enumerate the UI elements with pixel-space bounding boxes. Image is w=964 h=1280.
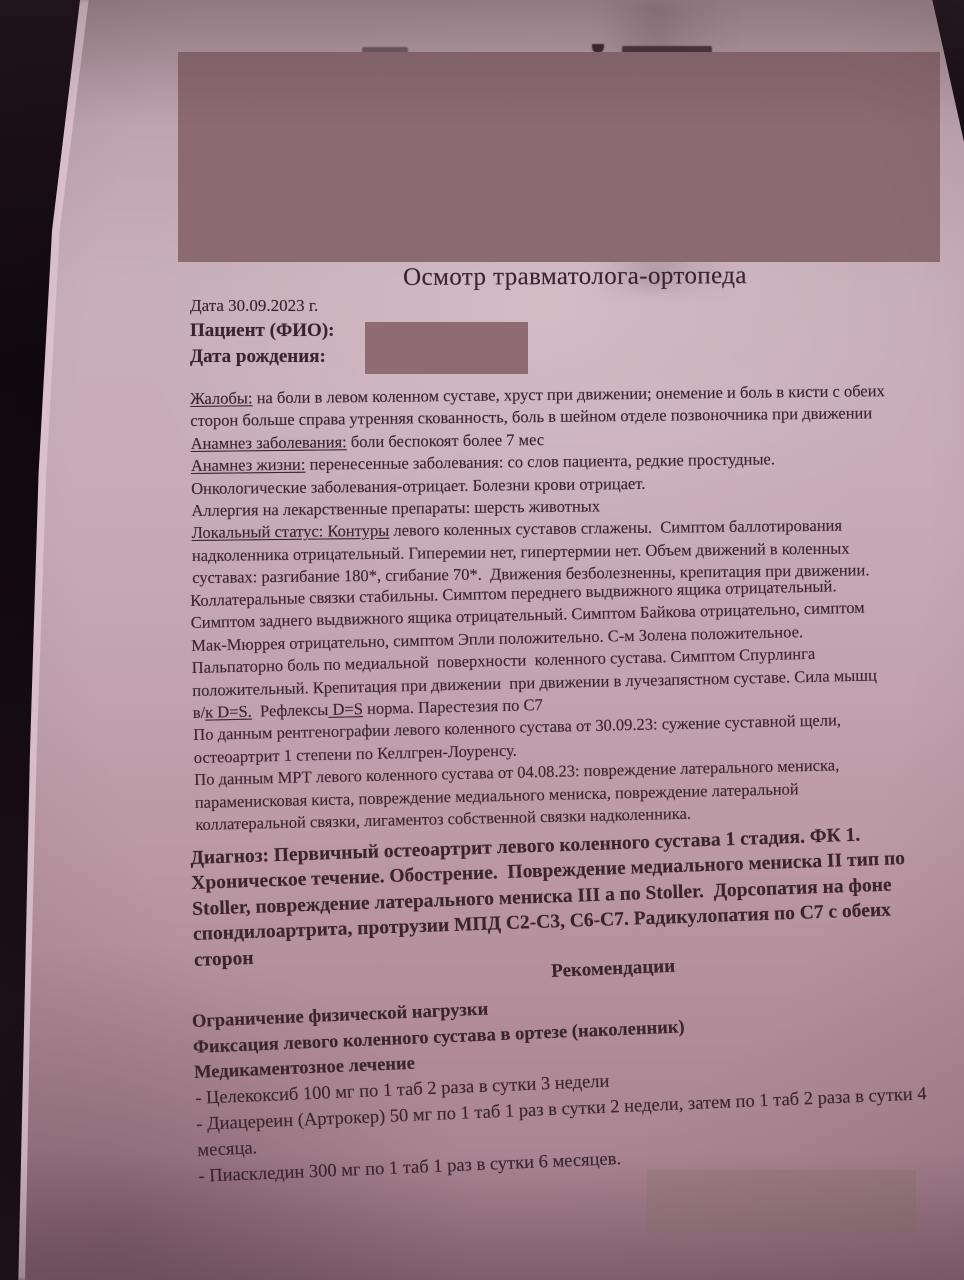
body-text-lower: Коллатеральные связки стабильны. Симптом… <box>190 573 964 837</box>
exam-date-line: Дата 30.09.2023 г. <box>190 296 960 316</box>
redaction-block-patient-data <box>365 322 528 374</box>
photo-of-document: { "photo": { "backdrop_color": "#140d11"… <box>0 0 964 1280</box>
recommendations-list: Ограничение физической нагрузкиФиксация … <box>191 978 964 1191</box>
patient-name-label: Пациент (ФИО): <box>190 320 960 342</box>
recommendations-section: Рекомендации Ограничение физической нагр… <box>190 942 964 1190</box>
body-text-upper: Жалобы: на боли в левом коленном суставе… <box>190 379 962 589</box>
page-title: Осмотр травматолога-ортопеда <box>190 261 960 293</box>
redaction-block-bottom-right <box>647 1170 916 1235</box>
document-header: Осмотр травматолога-ортопеда Дата 30.09.… <box>190 263 960 368</box>
birth-date-label: Дата рождения: <box>190 346 960 368</box>
redaction-block-letterhead <box>178 52 940 262</box>
